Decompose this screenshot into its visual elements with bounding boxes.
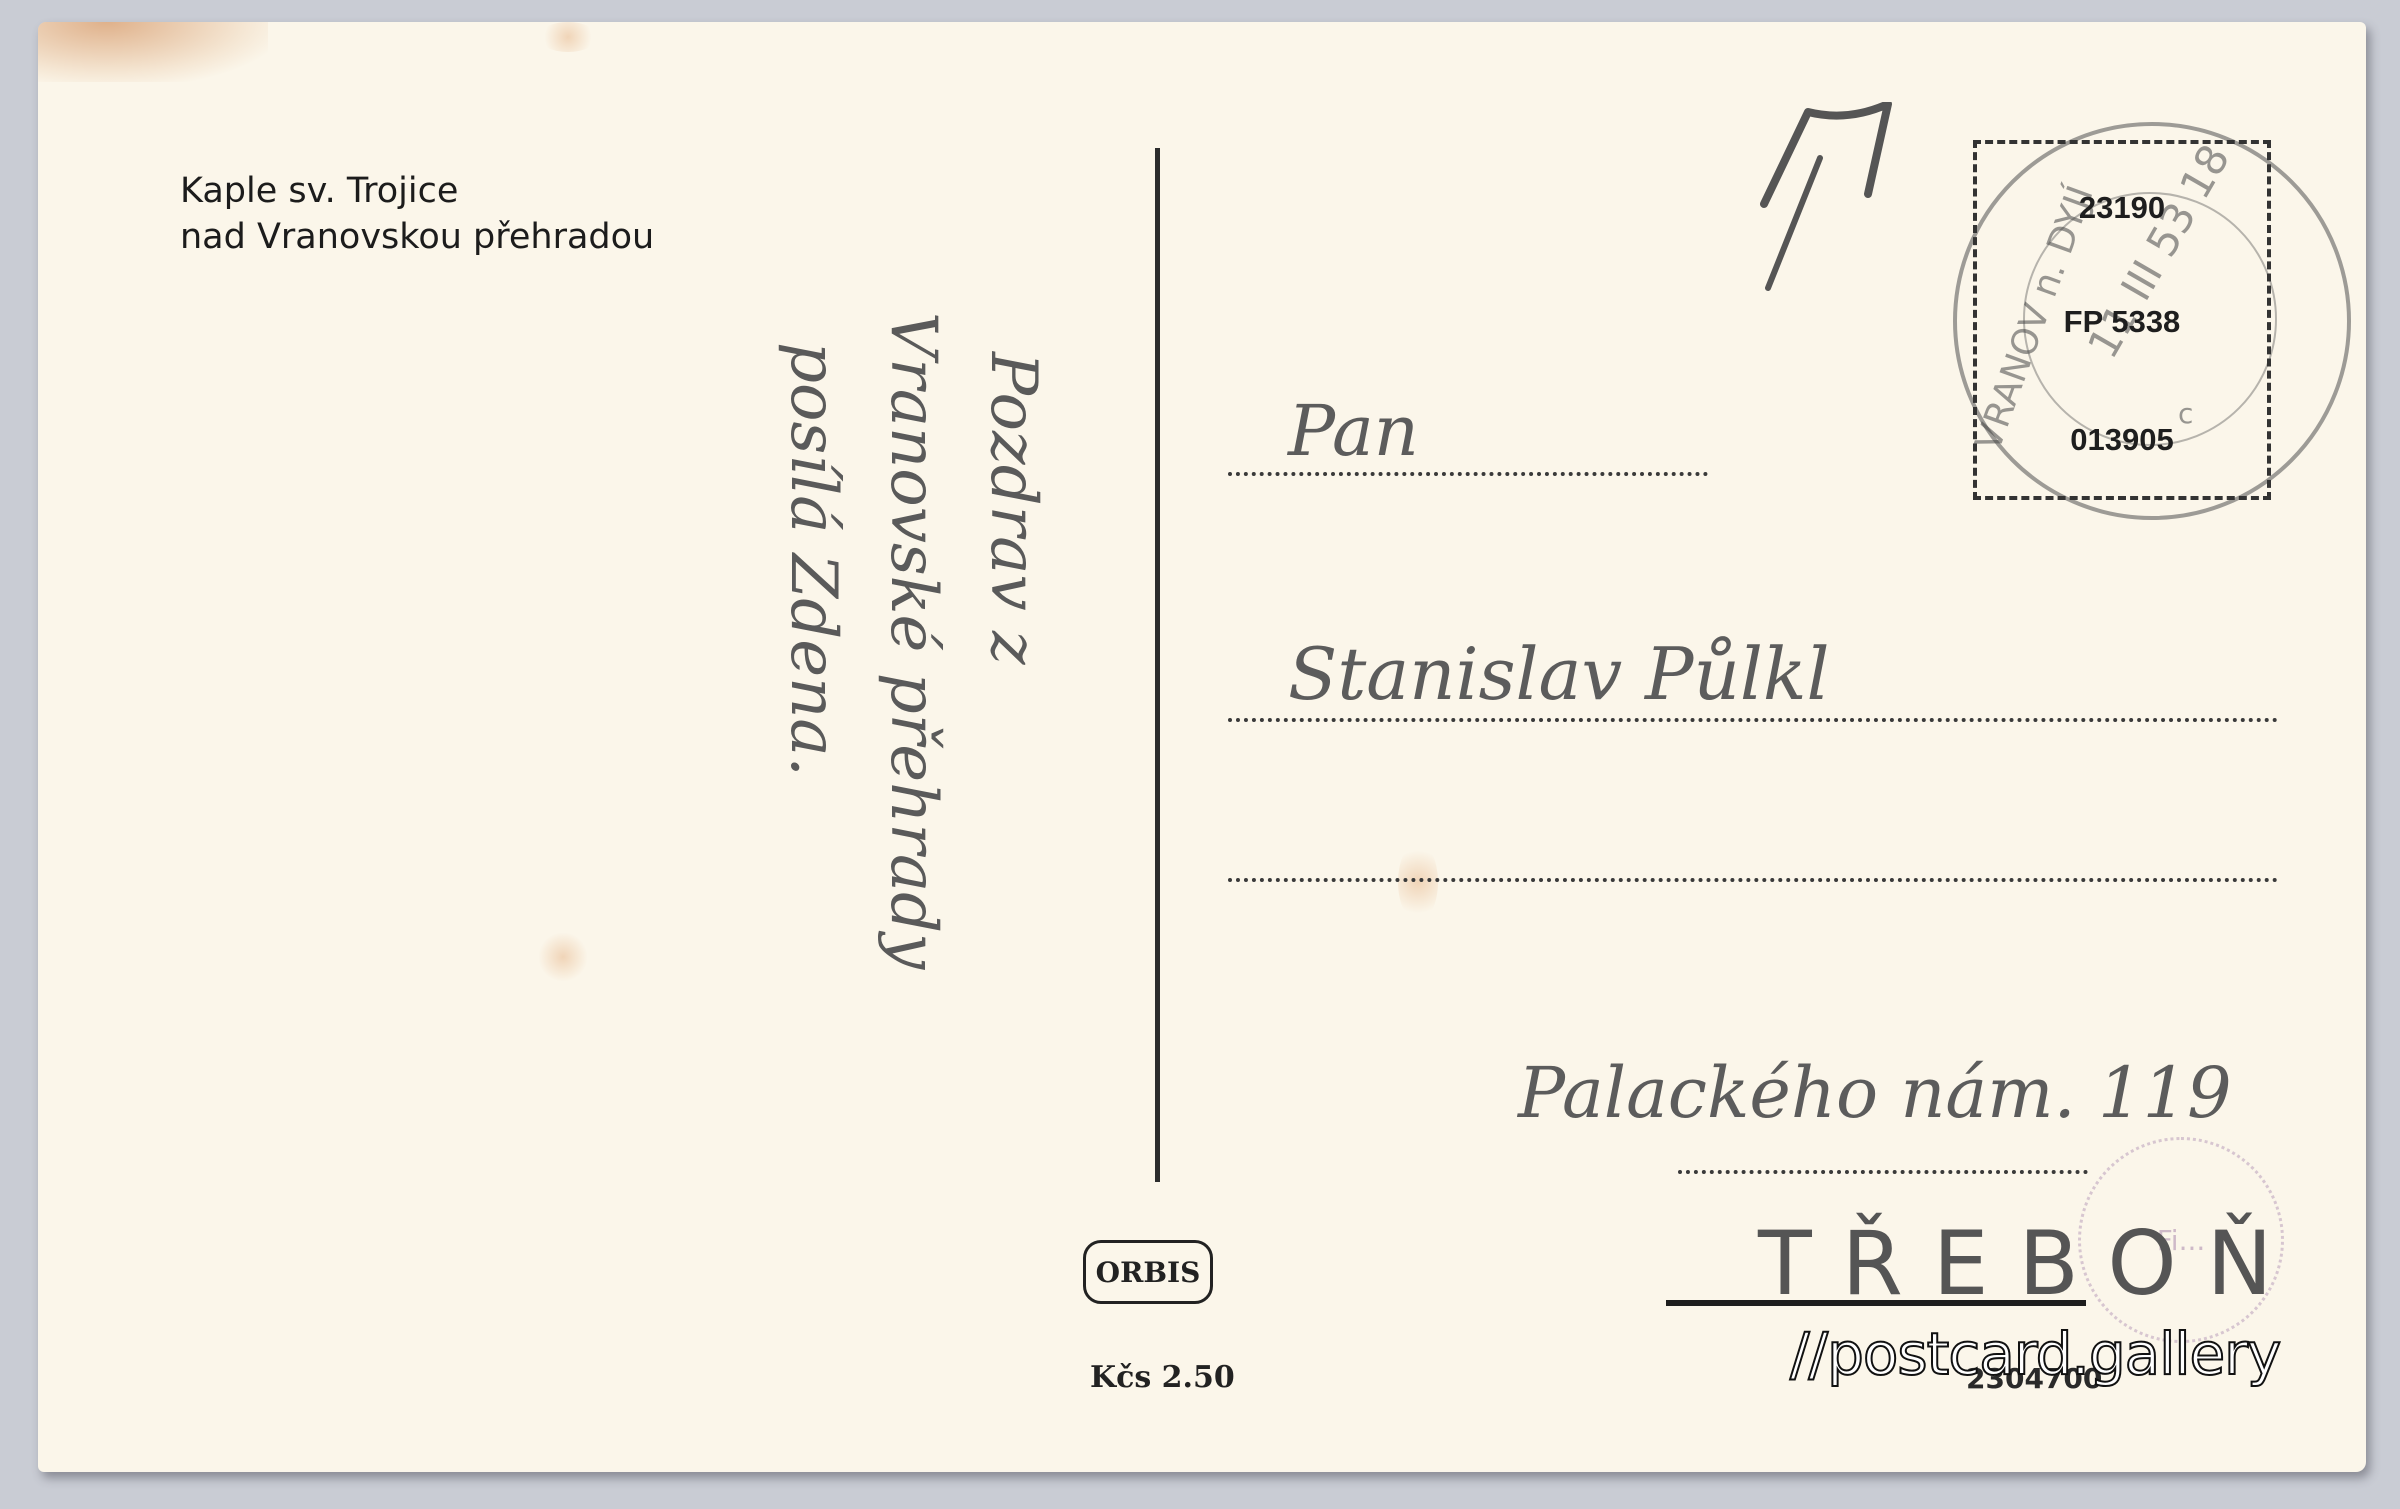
franking-code-bottom: 013905 bbox=[1977, 422, 2267, 458]
card-caption: Kaple sv. Trojice nad Vranovskou přehrad… bbox=[180, 168, 654, 260]
arrow-icon bbox=[1738, 102, 1938, 302]
address-line-4 bbox=[1678, 1170, 2088, 1174]
franking-code-top: 23190 bbox=[1977, 190, 2267, 226]
stain-spot bbox=[1398, 842, 1438, 922]
publisher-logo-text: ORBIS bbox=[1096, 1256, 1201, 1289]
watermark: //postcard.gallery bbox=[1790, 1320, 2280, 1388]
address-line-3 bbox=[1228, 878, 2278, 882]
address-line-2 bbox=[1228, 718, 2278, 722]
address-name: Stanislav Půlkl bbox=[1288, 632, 1830, 716]
stain-spot bbox=[538, 22, 598, 52]
franking-box: 23190 FP 5338 013905 bbox=[1973, 140, 2271, 500]
center-divider bbox=[1155, 148, 1160, 1182]
message-line-1: Pozdrav z bbox=[976, 352, 1050, 665]
publisher-logo: ORBIS bbox=[1083, 1240, 1213, 1304]
price-label: Kčs 2.50 bbox=[1090, 1360, 1235, 1395]
franking-code-mid: FP 5338 bbox=[1977, 304, 2267, 340]
stain-spot bbox=[538, 932, 588, 982]
caption-line-1: Kaple sv. Trojice bbox=[180, 168, 654, 214]
caption-line-2: nad Vranovskou přehradou bbox=[180, 214, 654, 260]
address-salutation: Pan bbox=[1288, 390, 1419, 472]
message-line-2: Vranovské přehrady bbox=[876, 312, 950, 969]
corner-stain bbox=[38, 22, 268, 82]
message-line-3: posílá Zdena. bbox=[776, 342, 850, 777]
address-city-underline bbox=[1666, 1300, 2086, 1306]
address-line-1 bbox=[1228, 472, 1708, 476]
address-street: Palackého nám. 119 bbox=[1518, 1052, 2232, 1134]
postcard-back: Kaple sv. Trojice nad Vranovskou přehrad… bbox=[38, 22, 2366, 1472]
